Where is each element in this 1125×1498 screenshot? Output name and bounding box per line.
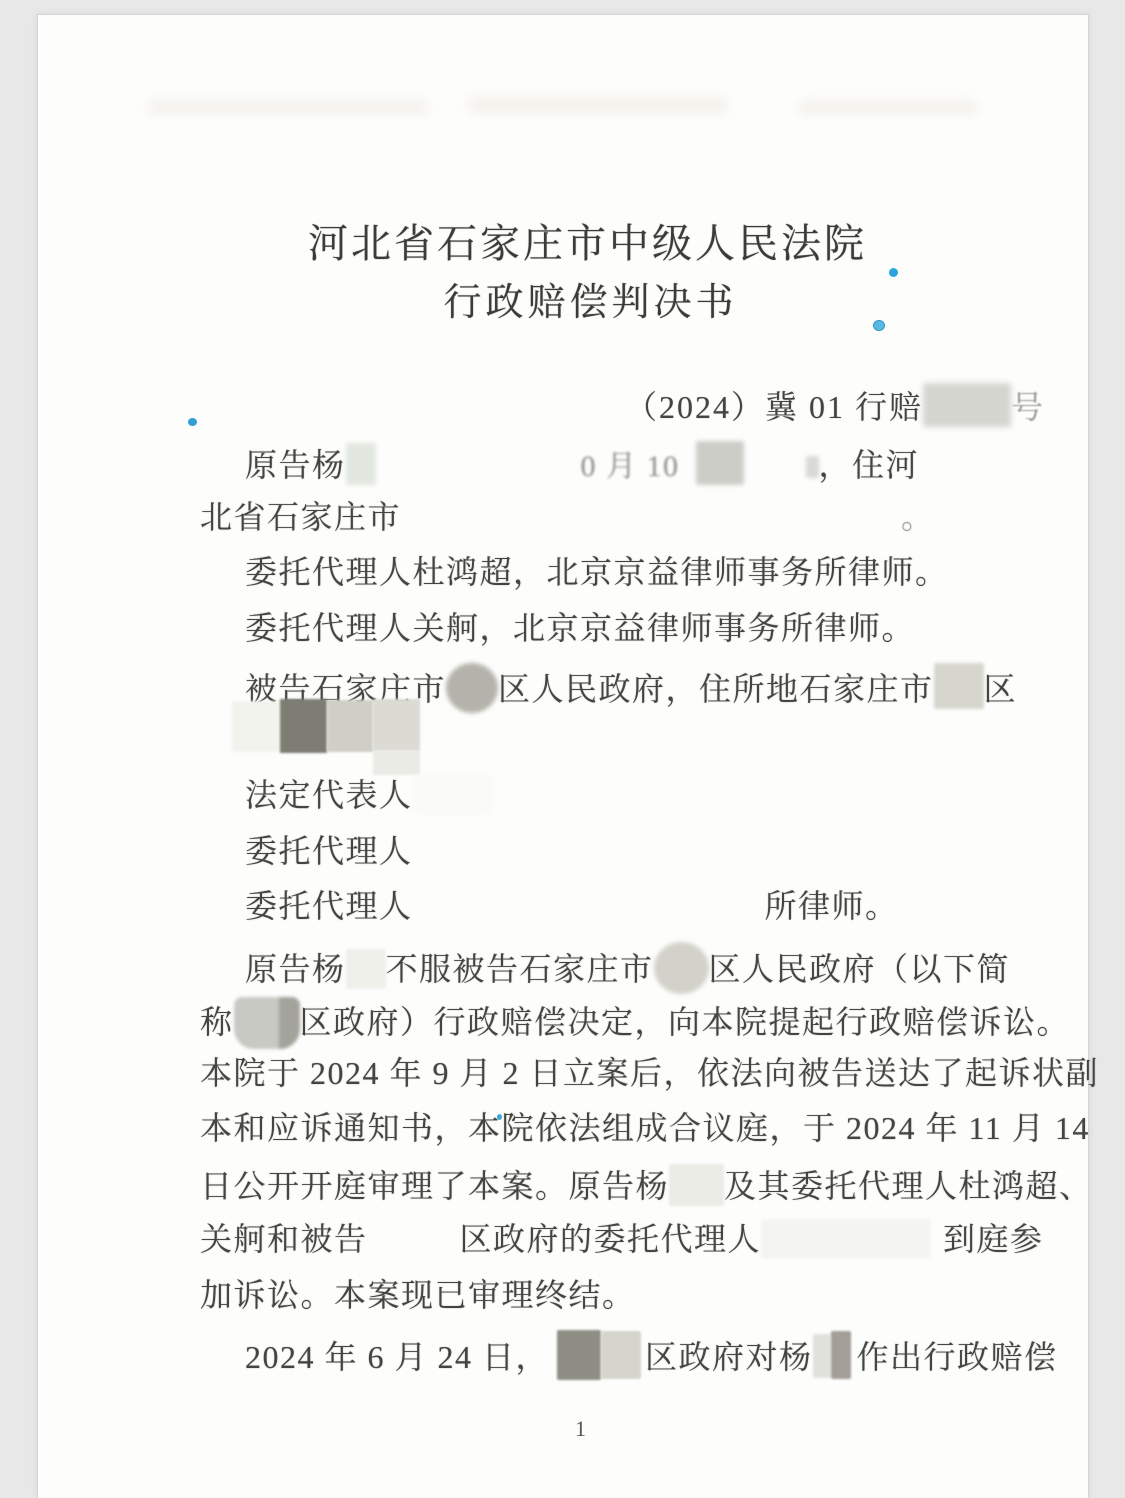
paragraph2-line1: 2024 年 6 月 24 日，区政府对杨作出行政赔偿 — [245, 1330, 1058, 1380]
spacer — [744, 474, 806, 476]
scan-smudge — [798, 101, 978, 114]
redaction-block — [601, 1331, 641, 1379]
redaction-circle — [446, 663, 498, 713]
paragraph1-line3: 本院于 2024 年 9 月 2 日立案后，依法向被告送达了起诉状副 — [200, 1053, 1099, 1095]
defendant-mid-text: 区人民政府，住所地石家庄市 — [498, 671, 934, 707]
body-text: 加诉讼。本案现已审理终结。 — [200, 1277, 636, 1313]
spacer — [401, 526, 901, 528]
def-agent1-text: 委托代理人 — [245, 833, 413, 869]
body-text: 区政府）行政赔偿决定，向本院提起行政赔偿诉讼。 — [300, 1004, 1071, 1040]
document-title: 行政赔偿判决书 — [28, 271, 1125, 326]
redaction-block — [934, 663, 984, 709]
body-text: 称 — [200, 1004, 234, 1040]
agent2-text: 委托代理人关舸，北京京益律师事务所律师。 — [245, 610, 915, 646]
def-agent2-prefix: 委托代理人 — [245, 888, 413, 924]
plaintiff-address-line: 北省石家庄市。 — [200, 497, 935, 539]
paragraph1-line6: 关舸和被告区政府的委托代理人到庭参 — [200, 1219, 1044, 1261]
body-text: 不服被告石家庄市 — [386, 951, 654, 987]
paragraph1-line2: 称区政府）行政赔偿决定，向本院提起行政赔偿诉讼。 — [200, 997, 1070, 1049]
body-text: 区政府的委托代理人 — [460, 1221, 762, 1257]
redaction-block — [813, 1334, 831, 1378]
redaction-block — [831, 1331, 851, 1379]
redaction-block — [327, 700, 373, 752]
redaction-block — [373, 751, 420, 775]
redaction-block — [232, 701, 280, 752]
agent-line-2: 委托代理人关舸，北京京益律师事务所律师。 — [245, 608, 915, 650]
redaction-smear — [806, 456, 819, 478]
plaintiff-label: 原告杨 — [245, 447, 346, 483]
redaction-blob — [234, 997, 300, 1049]
faint-period: 。 — [901, 499, 935, 535]
body-text: 关舸和被告 — [200, 1221, 368, 1257]
body-text: 2024 年 6 月 24 日， — [245, 1339, 549, 1375]
case-number-suffix: 号 — [1011, 389, 1045, 425]
body-text: 原告杨 — [245, 951, 346, 987]
paragraph1-line5: 日公开开庭审理了本案。原告杨及其委托代理人杜鸿超、 — [200, 1164, 1093, 1208]
redaction-block — [280, 699, 327, 753]
redaction-block — [413, 775, 493, 815]
case-number-prefix: （2024）冀 01 行赔 — [625, 389, 923, 425]
paragraph1-line4: 本和应诉通知书，本院依法组成合议庭，于 2024 年 11 月 14 — [200, 1108, 1090, 1150]
redaction-circle — [654, 942, 709, 994]
address-text: 北省石家庄市 — [200, 499, 401, 535]
faint-redacted-text: 0 月 10 — [581, 450, 680, 483]
body-text: 及其委托代理人杜鸿超、 — [724, 1168, 1093, 1204]
plaintiff-line: 原告杨0 月 10，住河 — [245, 441, 919, 487]
blue-scan-dot — [188, 418, 197, 426]
scan-smudge — [468, 97, 728, 113]
page-number: 1 — [18, 1416, 1125, 1442]
agent1-text: 委托代理人杜鸿超，北京京益律师事务所律师。 — [245, 554, 949, 590]
body-text: 本和应诉通知书，本院依法组成合议庭，于 2024 年 11 月 14 — [200, 1110, 1090, 1146]
redaction-block — [761, 1219, 931, 1259]
body-text: 本院于 2024 年 9 月 2 日立案后，依法向被告送达了起诉状副 — [200, 1055, 1099, 1091]
spacer — [931, 1248, 943, 1250]
scanned-court-document: { "header": { "court": "河北省石家庄市中级人民法院", … — [0, 0, 1125, 1498]
redaction-block — [696, 441, 744, 485]
spacer — [549, 1366, 557, 1368]
legal-rep-line: 法定代表人 — [245, 775, 493, 817]
redaction-block — [346, 949, 386, 989]
paragraph1-line7: 加诉讼。本案现已审理终结。 — [200, 1275, 636, 1317]
redaction-block — [923, 383, 1011, 427]
case-number-line: （2024）冀 01 行赔号 — [625, 382, 1045, 428]
paragraph1-line1: 原告杨不服被告石家庄市区人民政府（以下简 — [245, 942, 1010, 994]
spacer — [368, 1248, 460, 1250]
spacer — [376, 474, 581, 476]
body-text: 到庭参 — [943, 1221, 1044, 1257]
spacer — [413, 915, 765, 917]
body-text: 作出行政赔偿 — [857, 1339, 1058, 1375]
redaction-block — [557, 1330, 601, 1380]
legal-rep-text: 法定代表人 — [245, 777, 413, 813]
def-agent-line-1: 委托代理人 — [245, 831, 413, 873]
redaction-block — [373, 699, 420, 751]
body-text: 区政府对杨 — [645, 1339, 813, 1375]
spacer — [680, 474, 696, 476]
redaction-block — [346, 443, 376, 485]
redaction-block — [669, 1164, 724, 1206]
agent-line-1: 委托代理人杜鸿超，北京京益律师事务所律师。 — [245, 552, 949, 594]
scan-smudge — [148, 100, 428, 114]
plaintiff-suffix: ，住河 — [819, 447, 920, 483]
def-agent2-suffix: 所律师。 — [765, 888, 899, 924]
defendant-suffix: 区 — [984, 671, 1018, 707]
court-name: 河北省石家庄市中级人民法院 — [25, 212, 1125, 269]
def-agent-line-2: 委托代理人所律师。 — [245, 886, 899, 928]
body-text: 日公开开庭审理了本案。原告杨 — [200, 1168, 669, 1204]
body-text: 区人民政府（以下简 — [709, 951, 1011, 987]
